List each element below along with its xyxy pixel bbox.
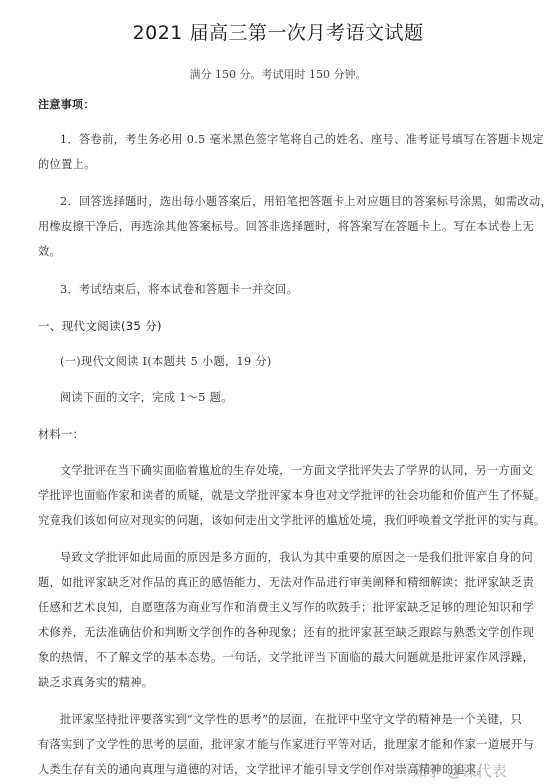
note-2-line-2: 用橡皮擦干净后，再选涂其他答案标号。回答非选择题时，将答案写在答题卡上。写在本试… — [38, 220, 518, 234]
paragraph-2-line-3: 任感和艺术良知，自愿堕落为商业写作和消费主义写作的吹鼓手；批评家缺乏足够的理论知… — [38, 601, 518, 615]
material-label: 材料一： — [38, 428, 518, 442]
paragraph-1-line-1: 文学批评在当下确实面临着尴尬的生存处境，一方面文学批评失去了学界的认同，另一方面… — [60, 464, 540, 478]
exam-page: 2021 届高三第一次月考语文试题 满分 150 分。考试用时 150 分钟。 … — [0, 0, 556, 784]
paragraph-3-line-2: 有落实到了文学性的思考的层面，批评家才能与作家进行平等对话，批理家才能和作家一道… — [38, 738, 518, 752]
paragraph-1-line-2: 学批评也面临作家和读者的质疑，就是文学批评家本身也对文学批评的社会功能和价值产生… — [38, 489, 518, 503]
zhihu-watermark: 知乎 @课代表 — [412, 760, 507, 781]
paragraph-2-line-4: 术修养，无法准确估价和判断文学创作的各种现象；还有的批评家甚至缺乏跟踪与熟悉文学… — [38, 626, 518, 640]
paragraph-2-line-2: 题，如批评家缺乏对作品的真正的感悟能力，无法对作品进行审美阐释和精细解读；批评家… — [38, 576, 518, 590]
note-1-line-2: 的位置上。 — [38, 158, 518, 172]
section-1-heading: 一、现代文阅读(35 分) — [38, 319, 518, 333]
paragraph-2-line-5: 象的热情，不了解文学的基本态势。一句话，文学批评当下面临的最大问题就是批评家作风… — [38, 651, 518, 665]
paragraph-2-line-6: 缺乏求真务实的精神。 — [38, 676, 518, 690]
paragraph-2-line-1: 导致文学批评如此局面的原因是多方面的，我认为其中重要的原因之一是我们批评家自身的… — [60, 551, 540, 565]
subsection-heading: (一)现代文阅读 I(本题共 5 小题，19 分) — [60, 355, 540, 369]
exam-title: 2021 届高三第一次月考语文试题 — [0, 18, 556, 45]
note-1-line-1: 1．答卷前，考生务必用 0.5 毫米黑色签字笔将自己的姓名、座号、准考证号填写在… — [60, 133, 540, 147]
paragraph-1-line-3: 究竟我们该如何应对现实的问题，该如何走出文学批评的尴尬处境，我们呼唤着文学批评的… — [38, 514, 518, 528]
reading-instruction: 阅读下面的文字，完成 1～5 题。 — [60, 391, 540, 405]
paragraph-3-line-1: 批评家坚持批评要落实到“文学性的思考”的层面，在批评中坚守文学的精神是一个关键，… — [60, 713, 540, 727]
note-3-line-1: 3．考试结束后，将本试卷和答题卡一并交回。 — [60, 283, 540, 297]
notes-heading: 注意事项： — [38, 98, 518, 112]
exam-subtitle: 满分 150 分。考试用时 150 分钟。 — [0, 66, 556, 82]
note-2-line-3: 效。 — [38, 245, 518, 259]
note-2-line-1: 2．回答选择题时，选出每小题答案后，用铅笔把答题卡上对应题目的答案标号涂黑，如需… — [60, 195, 540, 209]
